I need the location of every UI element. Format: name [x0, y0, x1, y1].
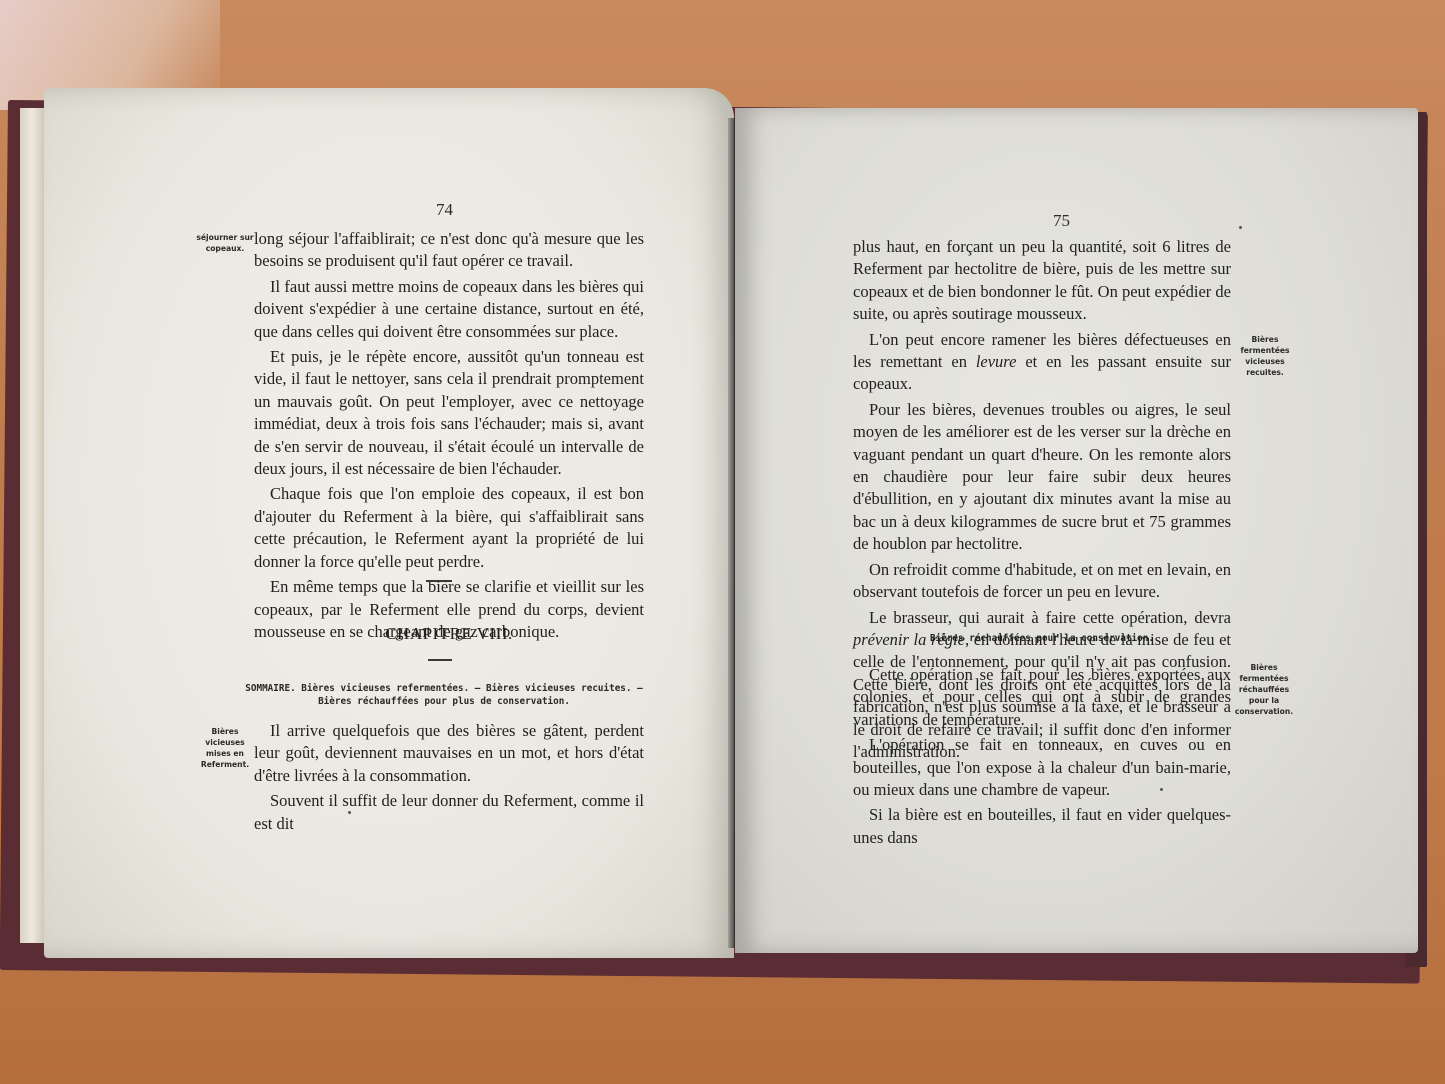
right-page: 75 plus haut, en forçant un peu la quant… [735, 108, 1418, 953]
paragraph: On refroidit comme d'habitude, et on met… [853, 559, 1231, 604]
margin-note: Bières fermentées réchauffées pour la co… [1231, 662, 1297, 717]
left-page: 74 séjourner sur copeaux. long séjour l'… [44, 88, 734, 958]
separator-rule [428, 659, 452, 661]
chapter-title: CHAPITRE VIII. [254, 624, 644, 644]
paragraph: plus haut, en forçant un peu la quantité… [853, 236, 1231, 326]
paragraph: Pour les bières, devenues troubles ou ai… [853, 399, 1231, 556]
paragraph: Chaque fois que l'on emploie des copeaux… [254, 483, 644, 573]
paragraph: Si la bière est en bouteilles, il faut e… [853, 804, 1231, 849]
summary-line: Bières réchauffées pour plus de conserva… [214, 695, 674, 708]
ink-speck [348, 811, 351, 814]
margin-note: séjourner sur copeaux. [194, 232, 256, 254]
paragraph: L'on peut encore ramener les bières défe… [853, 329, 1231, 396]
paragraph: Souvent il suffit de leur donner du Refe… [254, 790, 644, 835]
page-number: 75 [1053, 211, 1070, 231]
paragraph: Et puis, je le répète encore, aussitôt q… [254, 346, 644, 480]
chapter-summary: SOMMAIRE. Bières vicieuses refermentées.… [214, 682, 674, 708]
paragraph: Il faut aussi mettre moins de copeaux da… [254, 276, 644, 343]
separator-rule [426, 580, 452, 582]
summary-line: SOMMAIRE. Bières vicieuses refermentées.… [214, 682, 674, 695]
margin-note: Bières fermentées vicieuses recuites. [1235, 334, 1295, 378]
text-block-bottom: Cette opération se fait pour les bières … [853, 664, 1231, 849]
text-block-bottom: Il arrive quelquefois que des bières se … [254, 720, 644, 835]
margin-note: Bières vicieuses mises en Referment. [194, 726, 256, 770]
ink-speck [1239, 226, 1242, 229]
page-number: 74 [436, 200, 453, 220]
paragraph: L'opération se fait en tonneaux, en cuve… [853, 734, 1231, 801]
paragraph: Cette opération se fait pour les bières … [853, 664, 1231, 731]
paragraph: Il arrive quelquefois que des bières se … [254, 720, 644, 787]
section-heading: Bières réchauffées pour la conservation. [853, 633, 1231, 644]
ink-speck [1160, 788, 1163, 791]
paragraph: long séjour l'affaiblirait; ce n'est don… [254, 228, 644, 273]
italic-term: levure [976, 352, 1017, 371]
